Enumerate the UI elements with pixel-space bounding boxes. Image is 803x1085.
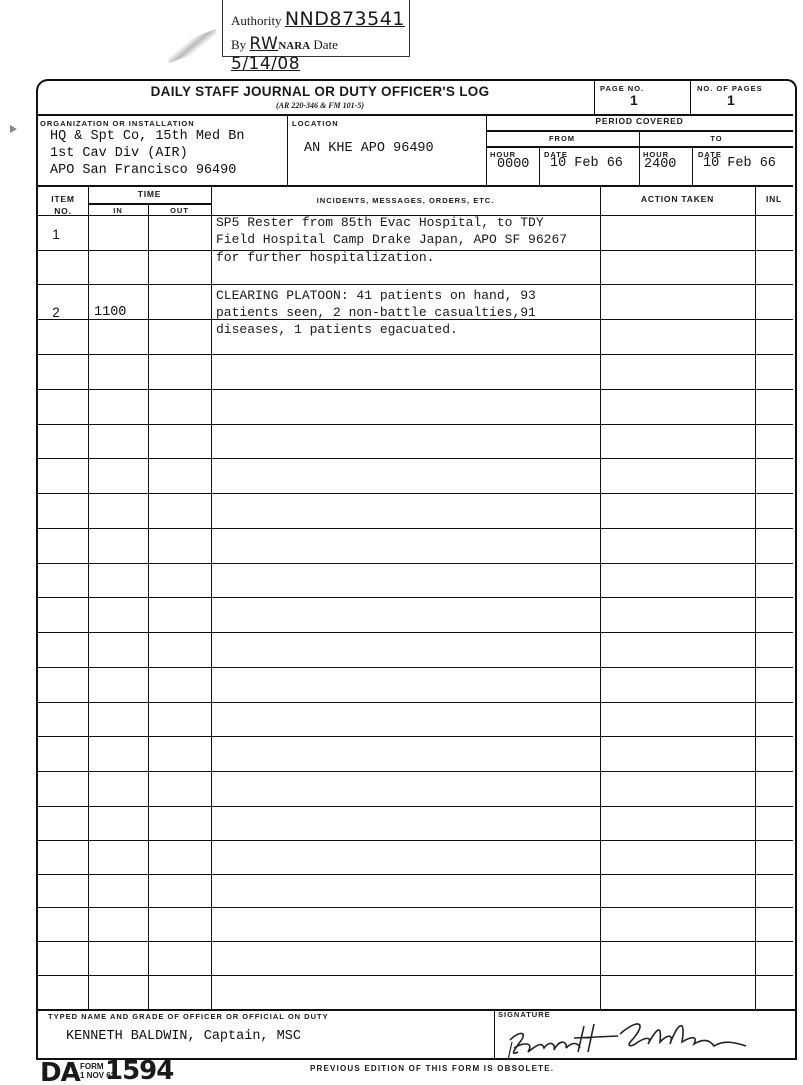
entry-item-no: 1	[38, 227, 74, 242]
rule	[88, 203, 211, 205]
row-line	[38, 840, 793, 841]
column-divider	[755, 187, 756, 1009]
row-line	[38, 771, 793, 772]
row-line	[38, 284, 793, 285]
from-label: FROM	[486, 134, 638, 143]
location-value: AN KHE APO 96490	[304, 141, 434, 156]
row-line	[38, 874, 793, 875]
row-line	[38, 493, 793, 494]
entry-text-line: Field Hospital Camp Drake Japan, APO SF …	[216, 232, 567, 247]
row-line	[38, 424, 793, 425]
action-header: ACTION TAKEN	[600, 194, 755, 204]
organization-line-2: 1st Cav Div (AIR)	[50, 145, 244, 162]
rule	[36, 185, 793, 187]
entry-time-in: 1100	[94, 305, 126, 320]
to-date-value: 10 Feb 66	[703, 156, 776, 171]
time-out-header: OUT	[148, 206, 211, 215]
entry-text-line: for further hospitalization.	[216, 250, 434, 265]
period-covered-label: PERIOD COVERED	[486, 116, 793, 126]
entry-text-line: diseases, 1 patients egacuated.	[216, 322, 458, 337]
scan-smudge	[164, 29, 221, 63]
date-value: 5/14/08	[231, 54, 300, 74]
entry-text-line: SP5 Rester from 85th Evac Hospital, to T…	[216, 215, 544, 230]
row-line	[38, 458, 793, 459]
item-header: ITEM NO.	[38, 193, 88, 217]
entry-text-line: patients seen, 2 non-battle casualties,9…	[216, 305, 536, 320]
organization-line-1: HQ & Spt Co, 15th Med Bn	[50, 128, 244, 145]
row-line	[38, 806, 793, 807]
column-divider	[148, 203, 149, 1009]
officer-label: TYPED NAME AND GRADE OF OFFICER OR OFFIC…	[48, 1012, 329, 1021]
row-line	[38, 563, 793, 564]
organization-value: HQ & Spt Co, 15th Med Bn 1st Cav Div (AI…	[50, 128, 244, 179]
item-header-line1: ITEM	[38, 193, 88, 205]
row-line	[38, 907, 793, 908]
organization-line-3: APO San Francisco 96490	[50, 162, 244, 179]
margin-arrow-icon	[10, 125, 17, 133]
incidents-header: INCIDENTS, MESSAGES, ORDERS, ETC.	[211, 196, 600, 205]
from-date-value: 10 Feb 66	[550, 156, 623, 171]
row-line	[38, 736, 793, 737]
time-header: TIME	[88, 189, 211, 199]
declassification-stamp: Authority NND873541 By RWNARA Date 5/14/…	[222, 0, 410, 57]
divider	[494, 1009, 495, 1058]
column-divider	[88, 187, 89, 1009]
entry-text-line: CLEARING PLATOON: 41 patients on hand, 9…	[216, 288, 536, 303]
form-number: 1594	[105, 1056, 173, 1085]
row-line	[38, 354, 793, 355]
row-line	[38, 702, 793, 703]
row-line	[38, 597, 793, 598]
form-subtitle: (AR 220-346 & FM 101-5)	[140, 101, 500, 110]
to-hour-value: 2400	[644, 157, 676, 172]
authority-label: Authority	[231, 13, 282, 28]
row-line	[38, 528, 793, 529]
row-line	[38, 632, 793, 633]
agency: NARA	[278, 40, 310, 52]
row-line	[38, 975, 793, 976]
column-divider	[600, 187, 601, 1009]
divider	[287, 115, 288, 185]
authority-value: NND873541	[285, 8, 405, 30]
column-divider	[211, 187, 212, 1009]
obsolete-note: PREVIOUS EDITION OF THIS FORM IS OBSOLET…	[310, 1064, 554, 1073]
organization-label: ORGANIZATION OR INSTALLATION	[40, 119, 195, 128]
officer-value: KENNETH BALDWIN, Captain, MSC	[66, 1029, 301, 1044]
divider	[594, 79, 595, 114]
from-hour-value: 0000	[497, 157, 529, 172]
time-in-header: IN	[88, 206, 148, 215]
row-line	[38, 941, 793, 942]
date-label: Date	[313, 37, 338, 52]
by-label: By	[231, 37, 246, 52]
by-initials: RW	[249, 34, 278, 54]
entry-item-no: 2	[38, 305, 74, 320]
row-line	[38, 667, 793, 668]
location-label: LOCATION	[292, 119, 339, 128]
no-of-pages-value: 1	[727, 92, 735, 108]
divider	[690, 79, 691, 114]
form-title: DAILY STAFF JOURNAL OR DUTY OFFICER'S LO…	[140, 84, 500, 99]
form-prefix: DA	[40, 1058, 80, 1085]
divider	[639, 130, 640, 185]
divider	[539, 147, 540, 185]
divider	[692, 147, 693, 185]
to-label: TO	[640, 134, 793, 143]
row-line	[38, 389, 793, 390]
page-no-value: 1	[630, 92, 638, 108]
inl-header: INL	[755, 194, 793, 204]
